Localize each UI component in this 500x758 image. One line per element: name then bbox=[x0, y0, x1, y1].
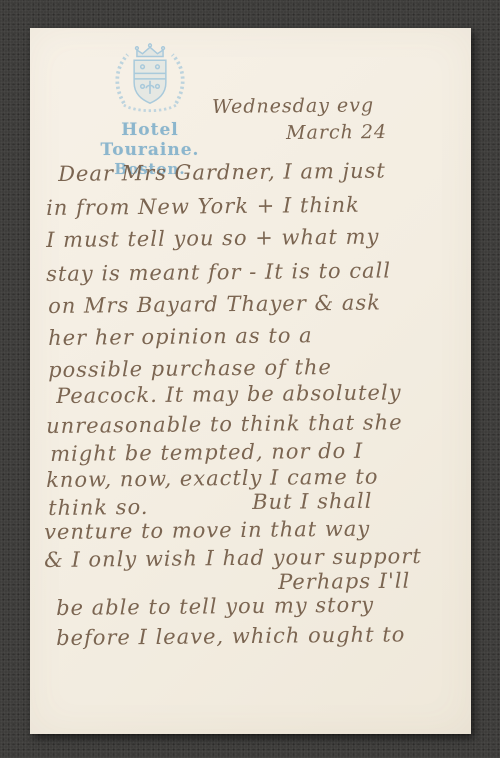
handwritten-line: in from New York + I think bbox=[46, 193, 360, 220]
handwritten-line: on Mrs Bayard Thayer & ask bbox=[48, 291, 381, 318]
handwritten-date-day: Wednesday evg bbox=[212, 94, 374, 118]
handwritten-line: might be tempted, nor do I bbox=[50, 439, 363, 466]
handwritten-line: think so. bbox=[48, 495, 149, 520]
hotel-name: Hotel Touraine. bbox=[70, 120, 230, 160]
handwritten-line: I must tell you so + what my bbox=[46, 225, 379, 252]
letter-paper: Hotel Touraine. Boston. Wednesday evg Ma… bbox=[30, 28, 471, 734]
handwritten-line: know, now, exactly I came to bbox=[46, 465, 379, 492]
handwritten-line: be able to tell you my story bbox=[56, 593, 374, 620]
handwritten-line: & I only wish I had your support bbox=[44, 544, 422, 572]
handwritten-date-month: March 24 bbox=[286, 121, 387, 144]
handwritten-line: Dear Mrs Gardner, I am just bbox=[58, 159, 386, 186]
handwritten-line: venture to move in that way bbox=[44, 517, 370, 544]
handwritten-line: her her opinion as to a bbox=[48, 323, 313, 350]
letterhead: Hotel Touraine. Boston. bbox=[70, 36, 230, 178]
handwritten-line: possible purchase of the bbox=[48, 355, 332, 382]
handwritten-line: unreasonable to think that she bbox=[46, 410, 403, 438]
handwritten-line: Peacock. It may be absolutely bbox=[56, 380, 402, 408]
handwritten-line: stay is meant for - It is to call bbox=[46, 258, 391, 286]
handwritten-line: But I shall bbox=[252, 489, 373, 514]
handwritten-line: Perhaps I'll bbox=[278, 569, 410, 594]
handwritten-line: before I leave, which ought to bbox=[56, 622, 405, 650]
hotel-crest-icon bbox=[102, 36, 198, 120]
